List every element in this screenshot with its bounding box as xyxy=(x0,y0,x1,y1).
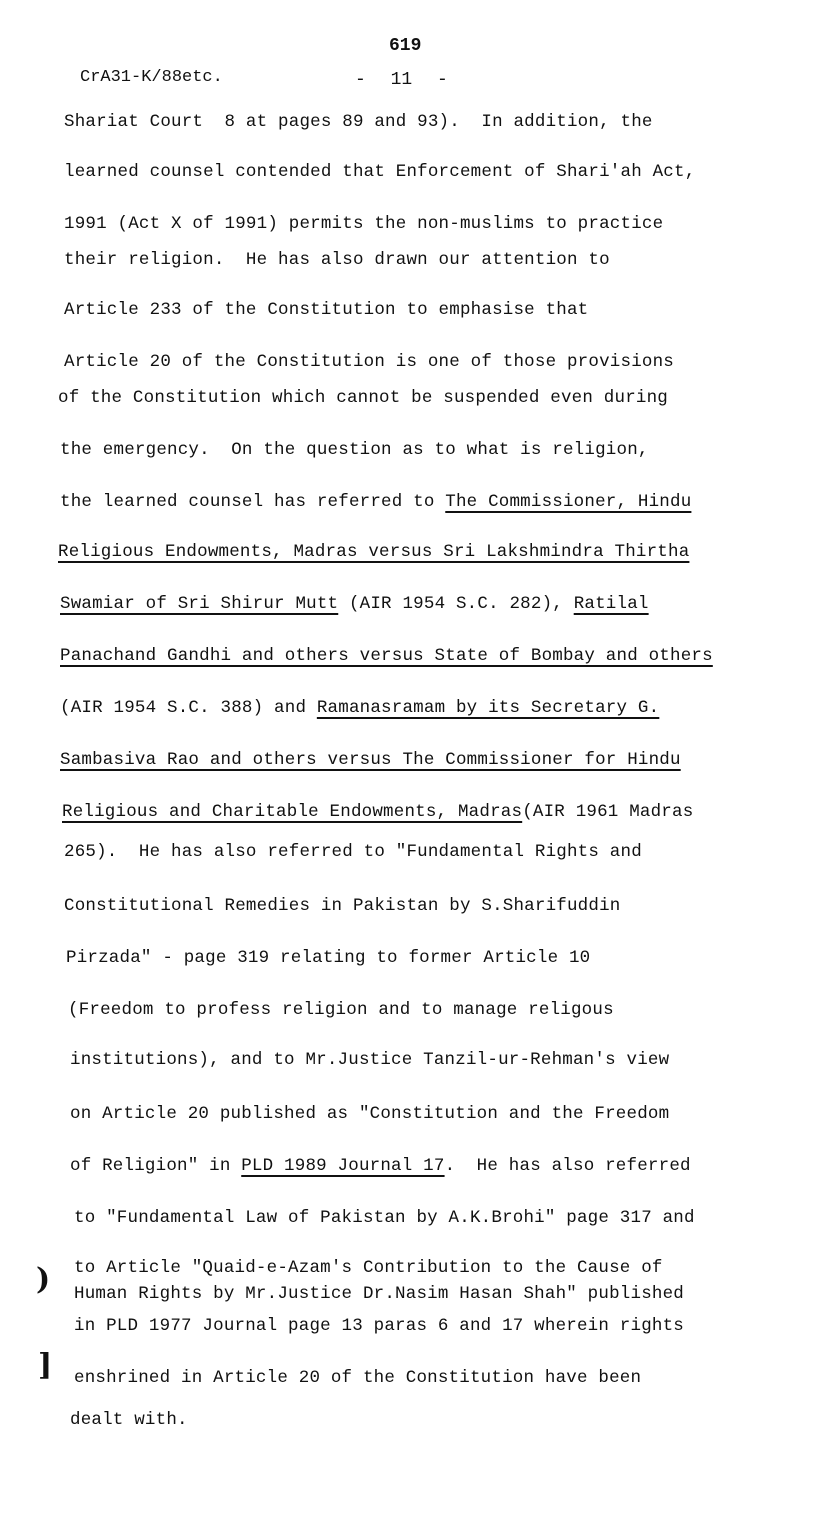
text-span: Article 233 of the Constitution to empha… xyxy=(64,300,588,320)
text-line: (AIR 1954 S.C. 388) and Ramanasramam by … xyxy=(60,698,659,718)
text-span: Article 20 of the Constitution is one of… xyxy=(64,352,674,372)
text-line: institutions), and to Mr.Justice Tanzil-… xyxy=(70,1050,669,1070)
text-span: in PLD 1977 Journal page 13 paras 6 and … xyxy=(74,1316,684,1336)
text-line: Pirzada" - page 319 relating to former A… xyxy=(66,948,590,968)
text-span: on Article 20 published as "Constitution… xyxy=(70,1104,669,1124)
margin-bracket-mark: ] xyxy=(38,1348,52,1383)
case-citation: Religious and Charitable Endowments, Mad… xyxy=(62,802,522,822)
text-line: the emergency. On the question as to wha… xyxy=(60,440,649,460)
case-citation: Swamiar of Sri Shirur Mutt xyxy=(60,594,338,614)
text-line: Shariat Court 8 at pages 89 and 93). In … xyxy=(64,112,653,132)
text-line: Religious and Charitable Endowments, Mad… xyxy=(62,802,693,822)
text-line: Swamiar of Sri Shirur Mutt (AIR 1954 S.C… xyxy=(60,594,649,614)
text-line: dealt with. xyxy=(70,1410,188,1430)
text-line: to Article "Quaid-e-Azam's Contribution … xyxy=(74,1258,663,1278)
text-span: enshrined in Article 20 of the Constitut… xyxy=(74,1368,641,1388)
text-span: (AIR 1961 Madras xyxy=(522,802,693,822)
text-line: Article 20 of the Constitution is one of… xyxy=(64,352,674,372)
text-line: their religion. He has also drawn our at… xyxy=(64,250,610,270)
text-span: Pirzada" - page 319 relating to former A… xyxy=(66,948,590,968)
text-line: the learned counsel has referred to The … xyxy=(60,492,691,512)
text-line: (Freedom to profess religion and to mana… xyxy=(68,1000,614,1020)
text-span: learned counsel contended that Enforceme… xyxy=(64,162,695,182)
case-citation: Religious Endowments, Madras versus Sri … xyxy=(58,542,689,562)
text-span: (Freedom to profess religion and to mana… xyxy=(68,1000,614,1020)
text-line: Sambasiva Rao and others versus The Comm… xyxy=(60,750,681,770)
text-span: to "Fundamental Law of Pakistan by A.K.B… xyxy=(74,1208,695,1228)
case-citation: Sambasiva Rao and others versus The Comm… xyxy=(60,750,681,770)
page-number: 619 xyxy=(389,36,421,56)
text-span: of Religion" in xyxy=(70,1156,241,1176)
text-line: on Article 20 published as "Constitution… xyxy=(70,1104,669,1124)
text-line: to "Fundamental Law of Pakistan by A.K.B… xyxy=(74,1208,695,1228)
case-citation: Ratilal xyxy=(574,594,649,614)
text-span: Constitutional Remedies in Pakistan by S… xyxy=(64,896,621,916)
text-span: . He has also referred xyxy=(445,1156,691,1176)
text-line: learned counsel contended that Enforceme… xyxy=(64,162,695,182)
case-citation: The Commissioner, Hindu xyxy=(445,492,691,512)
text-span: institutions), and to Mr.Justice Tanzil-… xyxy=(70,1050,669,1070)
text-span: 1991 (Act X of 1991) permits the non-mus… xyxy=(64,214,663,234)
text-line: 265). He has also referred to "Fundament… xyxy=(64,842,642,862)
case-reference: CrA31-K/88etc. xyxy=(80,68,223,87)
text-line: Human Rights by Mr.Justice Dr.Nasim Hasa… xyxy=(74,1284,684,1304)
text-line: Constitutional Remedies in Pakistan by S… xyxy=(64,896,621,916)
text-line: Panachand Gandhi and others versus State… xyxy=(60,646,713,666)
text-span: (AIR 1954 S.C. 282), xyxy=(338,594,573,614)
text-span: 265). He has also referred to "Fundament… xyxy=(64,842,642,862)
text-span: their religion. He has also drawn our at… xyxy=(64,250,610,270)
text-line: in PLD 1977 Journal page 13 paras 6 and … xyxy=(74,1316,684,1336)
internal-page-number: - 11 - xyxy=(355,70,448,90)
text-span: the learned counsel has referred to xyxy=(60,492,445,512)
text-span: dealt with. xyxy=(70,1410,188,1430)
text-span: of the Constitution which cannot be susp… xyxy=(58,388,668,408)
text-line: Article 233 of the Constitution to empha… xyxy=(64,300,588,320)
text-span: the emergency. On the question as to wha… xyxy=(60,440,649,460)
margin-bracket-mark: ) xyxy=(36,1262,50,1297)
case-citation: Ramanasramam by its Secretary G. xyxy=(317,698,659,718)
text-line: 1991 (Act X of 1991) permits the non-mus… xyxy=(64,214,663,234)
case-citation: PLD 1989 Journal 17 xyxy=(241,1156,444,1176)
text-line: of the Constitution which cannot be susp… xyxy=(58,388,668,408)
text-line: of Religion" in PLD 1989 Journal 17. He … xyxy=(70,1156,691,1176)
text-line: Religious Endowments, Madras versus Sri … xyxy=(58,542,689,562)
text-span: Human Rights by Mr.Justice Dr.Nasim Hasa… xyxy=(74,1284,684,1304)
text-span: to Article "Quaid-e-Azam's Contribution … xyxy=(74,1258,663,1278)
text-line: enshrined in Article 20 of the Constitut… xyxy=(74,1368,641,1388)
case-citation: Panachand Gandhi and others versus State… xyxy=(60,646,713,666)
text-span: (AIR 1954 S.C. 388) and xyxy=(60,698,317,718)
text-span: Shariat Court 8 at pages 89 and 93). In … xyxy=(64,112,653,132)
